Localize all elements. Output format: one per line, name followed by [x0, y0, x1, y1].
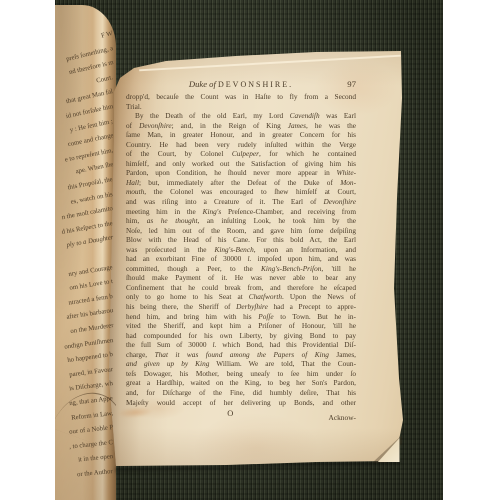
left-page-text-fragment: y : He ſent him ; [70, 118, 114, 134]
left-page-text-fragment: n the moſt calamito [61, 205, 113, 221]
left-page-text-fragment: ntracted a fenn b [68, 293, 113, 307]
left-page-text-fragment: Court. [96, 74, 114, 85]
text-line: ſame Man, in greater Honour, and in grea… [126, 130, 356, 140]
header-title-caps: DEVONSHIRE. [218, 80, 293, 89]
book-photograph: F Wpreſs ſomething, and therefore is mCo… [0, 0, 500, 500]
text-line: had an exorbitant Fine of 30000 l. impoſ… [126, 254, 356, 264]
text-line: and given up by King William. We are tol… [126, 359, 356, 369]
left-page-text-fragment: this Propoſal, the [68, 176, 114, 191]
left-page-text-fragment: is Diſcharge, wh [69, 380, 113, 392]
left-page-text-fragment: pared, in Favour [69, 366, 114, 379]
text-line: and, for Diſcharge of the Fine, did humb… [126, 388, 356, 398]
left-page-text-fragment: id not forſake him [65, 103, 114, 120]
left-page-text-fragment: om his Love to t [69, 278, 113, 292]
text-line: Hall; but, immediately after the Defeat … [126, 178, 356, 188]
left-page-text-fragment: ondign Puniſhmen [64, 337, 114, 351]
text-line: committed, though a Peer, to the King's-… [126, 264, 356, 274]
left-page-text-fragment: come and change [67, 132, 114, 148]
left-page-text-fragment: that great Man fal [66, 88, 114, 105]
text-line: Confinement that he could break from, an… [126, 283, 356, 293]
left-page-text-fragment: after his barbarou [66, 307, 114, 321]
text-line: meeting him in the King's Preſence-Chamb… [126, 207, 356, 217]
header-title-italic: Duke of [189, 79, 216, 89]
left-page-text-fragment: ape. When ſhe [75, 161, 114, 175]
text-line: Country. He had been very rudely inſulte… [126, 140, 356, 150]
text-line: him, as he thought, an inſulting Look, h… [126, 216, 356, 226]
text-line: the full Sum of 30000 l. which Bond, had… [126, 340, 356, 350]
left-page-text-fragment: ply to a Daughter [66, 234, 114, 249]
text-line: great a Hardſhip, waited on the King, to… [126, 378, 356, 388]
text-line: of the Court, by Colonel Culpeper, for w… [126, 149, 356, 159]
text-line: By the Death of the old Earl, my Lord Ca… [126, 111, 356, 121]
left-page-text-fragment: ho happened to b [67, 351, 113, 364]
left-page-text-fragment: es, watch on his [70, 191, 113, 206]
running-header: Duke of DEVONSHIRE. 97 [126, 79, 356, 92]
page-number: 97 [347, 79, 356, 90]
text-line: Blow with the Head of his Cane. For this… [126, 235, 356, 245]
text-line: Trial. [126, 102, 356, 112]
page-text-block: Duke of DEVONSHIRE. 97 dropp'd, becauſe … [126, 79, 356, 425]
signature-mark: O [227, 409, 233, 418]
text-line: himſelf, and only worked out the Satisfa… [126, 159, 356, 169]
text-line: dropp'd, becauſe the Count was in Haſte … [126, 92, 356, 102]
header-title: Duke of DEVONSHIRE. [126, 79, 356, 90]
text-line: mouth, the Colonel was encouraged to ſhe… [126, 187, 356, 197]
left-page-text-fragment: or the Author [77, 468, 113, 478]
catchword: Acknow- [328, 413, 356, 422]
text-line: hend him, and bring him with his Poſſe t… [126, 312, 356, 322]
text-line: and was riſing into a Creature of it. Th… [126, 197, 356, 207]
text-line: charge, That it was found among the Pape… [126, 350, 356, 360]
body-lines: dropp'd, becauſe the Count was in Haſte … [126, 92, 356, 407]
text-line: ſhould make Payment of it. He was never … [126, 273, 356, 283]
text-line: had compounded for his own Liberty, by g… [126, 331, 356, 341]
left-page-text-fragment: it in the open [78, 453, 114, 463]
left-page-text-fragment: nd therefore is m [68, 59, 114, 76]
left-facing-page: F Wpreſs ſomething, and therefore is mCo… [55, 5, 116, 500]
text-line: of Devonſhire; and, in the Reign of King… [126, 121, 356, 131]
text-line: his being there, the Sheriff of Derbyſhi… [126, 302, 356, 312]
text-line: Noſe, led him out of the Room, and gave … [126, 226, 356, 236]
text-line: was proſecuted in the King's-Bench, upon… [126, 245, 356, 255]
text-line: teſs Dowager, his Mother, being uneaſy t… [126, 369, 356, 379]
left-page-text-fragment: on the Murderer [69, 322, 113, 335]
left-page-text-fragment: e to repreſent him, [64, 147, 113, 164]
left-page-text-fragment: nry and Courage [68, 264, 113, 278]
signature-row: O Acknow- [126, 409, 356, 425]
left-page-text-fragment: d his Reſpect to the [62, 220, 114, 236]
text-line: only to go home to his Seat at Chatſwort… [126, 292, 356, 302]
text-line: Majeſty would accept of her delivering u… [126, 398, 356, 408]
left-page-text-fragment: F W [101, 30, 114, 40]
text-line: vited the Sheriff, and kept him a Priſon… [126, 321, 356, 331]
text-line: Pardon, upon Condition, he ſhould never … [126, 168, 356, 178]
